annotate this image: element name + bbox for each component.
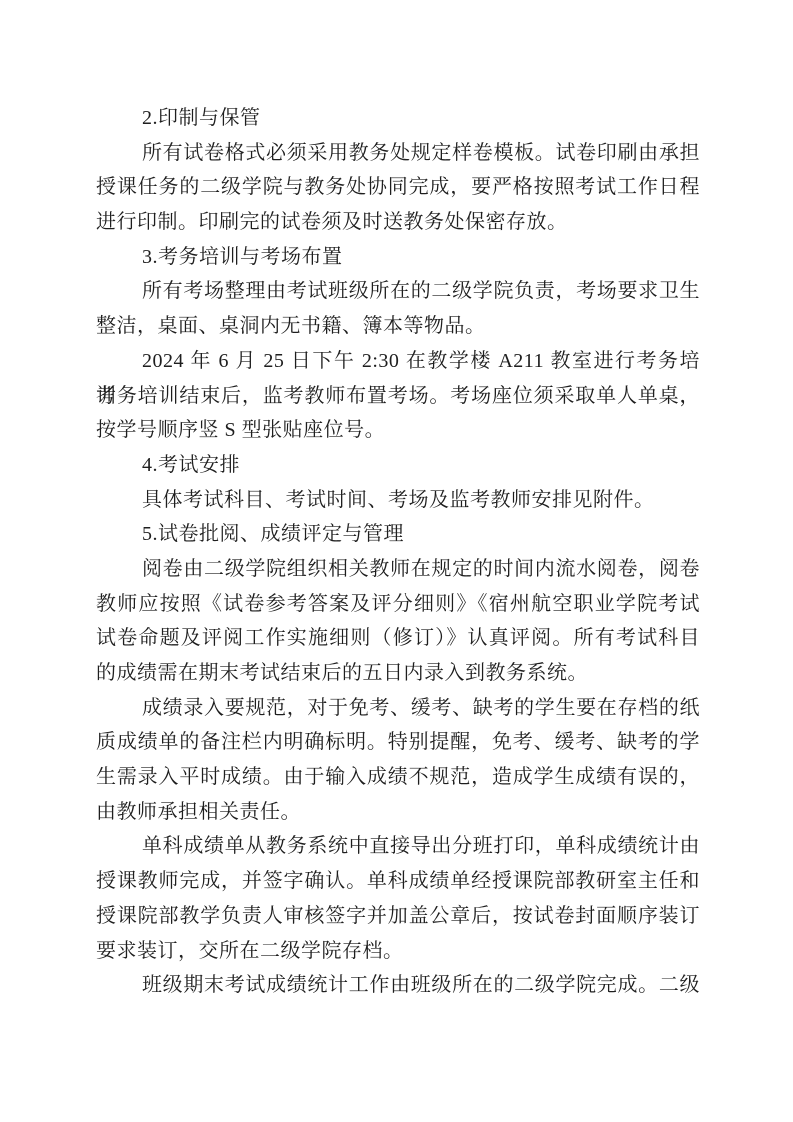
text-line: 具体考试科目、考试时间、考场及监考教师安排见附件。 bbox=[96, 483, 700, 518]
text-line: 授课任务的二级学院与教务处协同完成，要严格按照考试工作日程 bbox=[96, 170, 700, 205]
text-line: 4.考试安排 bbox=[96, 448, 700, 483]
text-line: 试卷命题及评阅工作实施细则（修订）》认真评阅。所有考试科目 bbox=[96, 621, 700, 656]
text-line: 的成绩需在期末考试结束后的五日内录入到教务系统。 bbox=[96, 656, 700, 691]
text-line: 进行印制。印刷完的试卷须及时送教务处保密存放。 bbox=[96, 205, 700, 240]
text-line: 授课教师完成，并签字确认。单科成绩单经授课院部教研室主任和 bbox=[96, 864, 700, 899]
text-line: 要求装订，交所在二级学院存档。 bbox=[96, 934, 700, 969]
text-line: 2.印制与保管 bbox=[96, 101, 700, 136]
text-line: 5.试卷批阅、成绩评定与管理 bbox=[96, 517, 700, 552]
text-line: 所有考场整理由考试班级所在的二级学院负责，考场要求卫生 bbox=[96, 274, 700, 309]
text-line: 生需录入平时成绩。由于输入成绩不规范，造成学生成绩有误的， bbox=[96, 760, 700, 795]
text-line: 整洁，桌面、桌洞内无书籍、簿本等物品。 bbox=[96, 309, 700, 344]
text-line: 教师应按照《试卷参考答案及评分细则》《宿州航空职业学院考试 bbox=[96, 587, 700, 622]
text-line: 成绩录入要规范，对于免考、缓考、缺考的学生要在存档的纸 bbox=[96, 691, 700, 726]
document-body: 2.印制与保管所有试卷格式必须采用教务处规定样卷模板。试卷印刷由承担授课任务的二… bbox=[96, 101, 700, 1003]
text-line: 按学号顺序竖 S 型张贴座位号。 bbox=[96, 413, 700, 448]
text-line: 所有试卷格式必须采用教务处规定样卷模板。试卷印刷由承担 bbox=[96, 136, 700, 171]
text-line: 由教师承担相关责任。 bbox=[96, 795, 700, 830]
text-line: 单科成绩单从教务系统中直接导出分班打印，单科成绩统计由 bbox=[96, 829, 700, 864]
text-line: 阅卷由二级学院组织相关教师在规定的时间内流水阅卷，阅卷 bbox=[96, 552, 700, 587]
text-line: 授课院部教学负责人审核签字并加盖公章后，按试卷封面顺序装订 bbox=[96, 899, 700, 934]
text-line: 考务培训结束后，监考教师布置考场。考场座位须采取单人单桌， bbox=[96, 379, 700, 414]
text-line: 2024 年 6 月 25 日下午 2:30 在教学楼 A211 教室进行考务培… bbox=[96, 344, 700, 379]
text-line: 班级期末考试成绩统计工作由班级所在的二级学院完成。二级 bbox=[96, 968, 700, 1003]
text-line: 质成绩单的备注栏内明确标明。特别提醒，免考、缓考、缺考的学 bbox=[96, 725, 700, 760]
document-page: 2.印制与保管所有试卷格式必须采用教务处规定样卷模板。试卷印刷由承担授课任务的二… bbox=[0, 0, 793, 1122]
text-line: 3.考务培训与考场布置 bbox=[96, 240, 700, 275]
